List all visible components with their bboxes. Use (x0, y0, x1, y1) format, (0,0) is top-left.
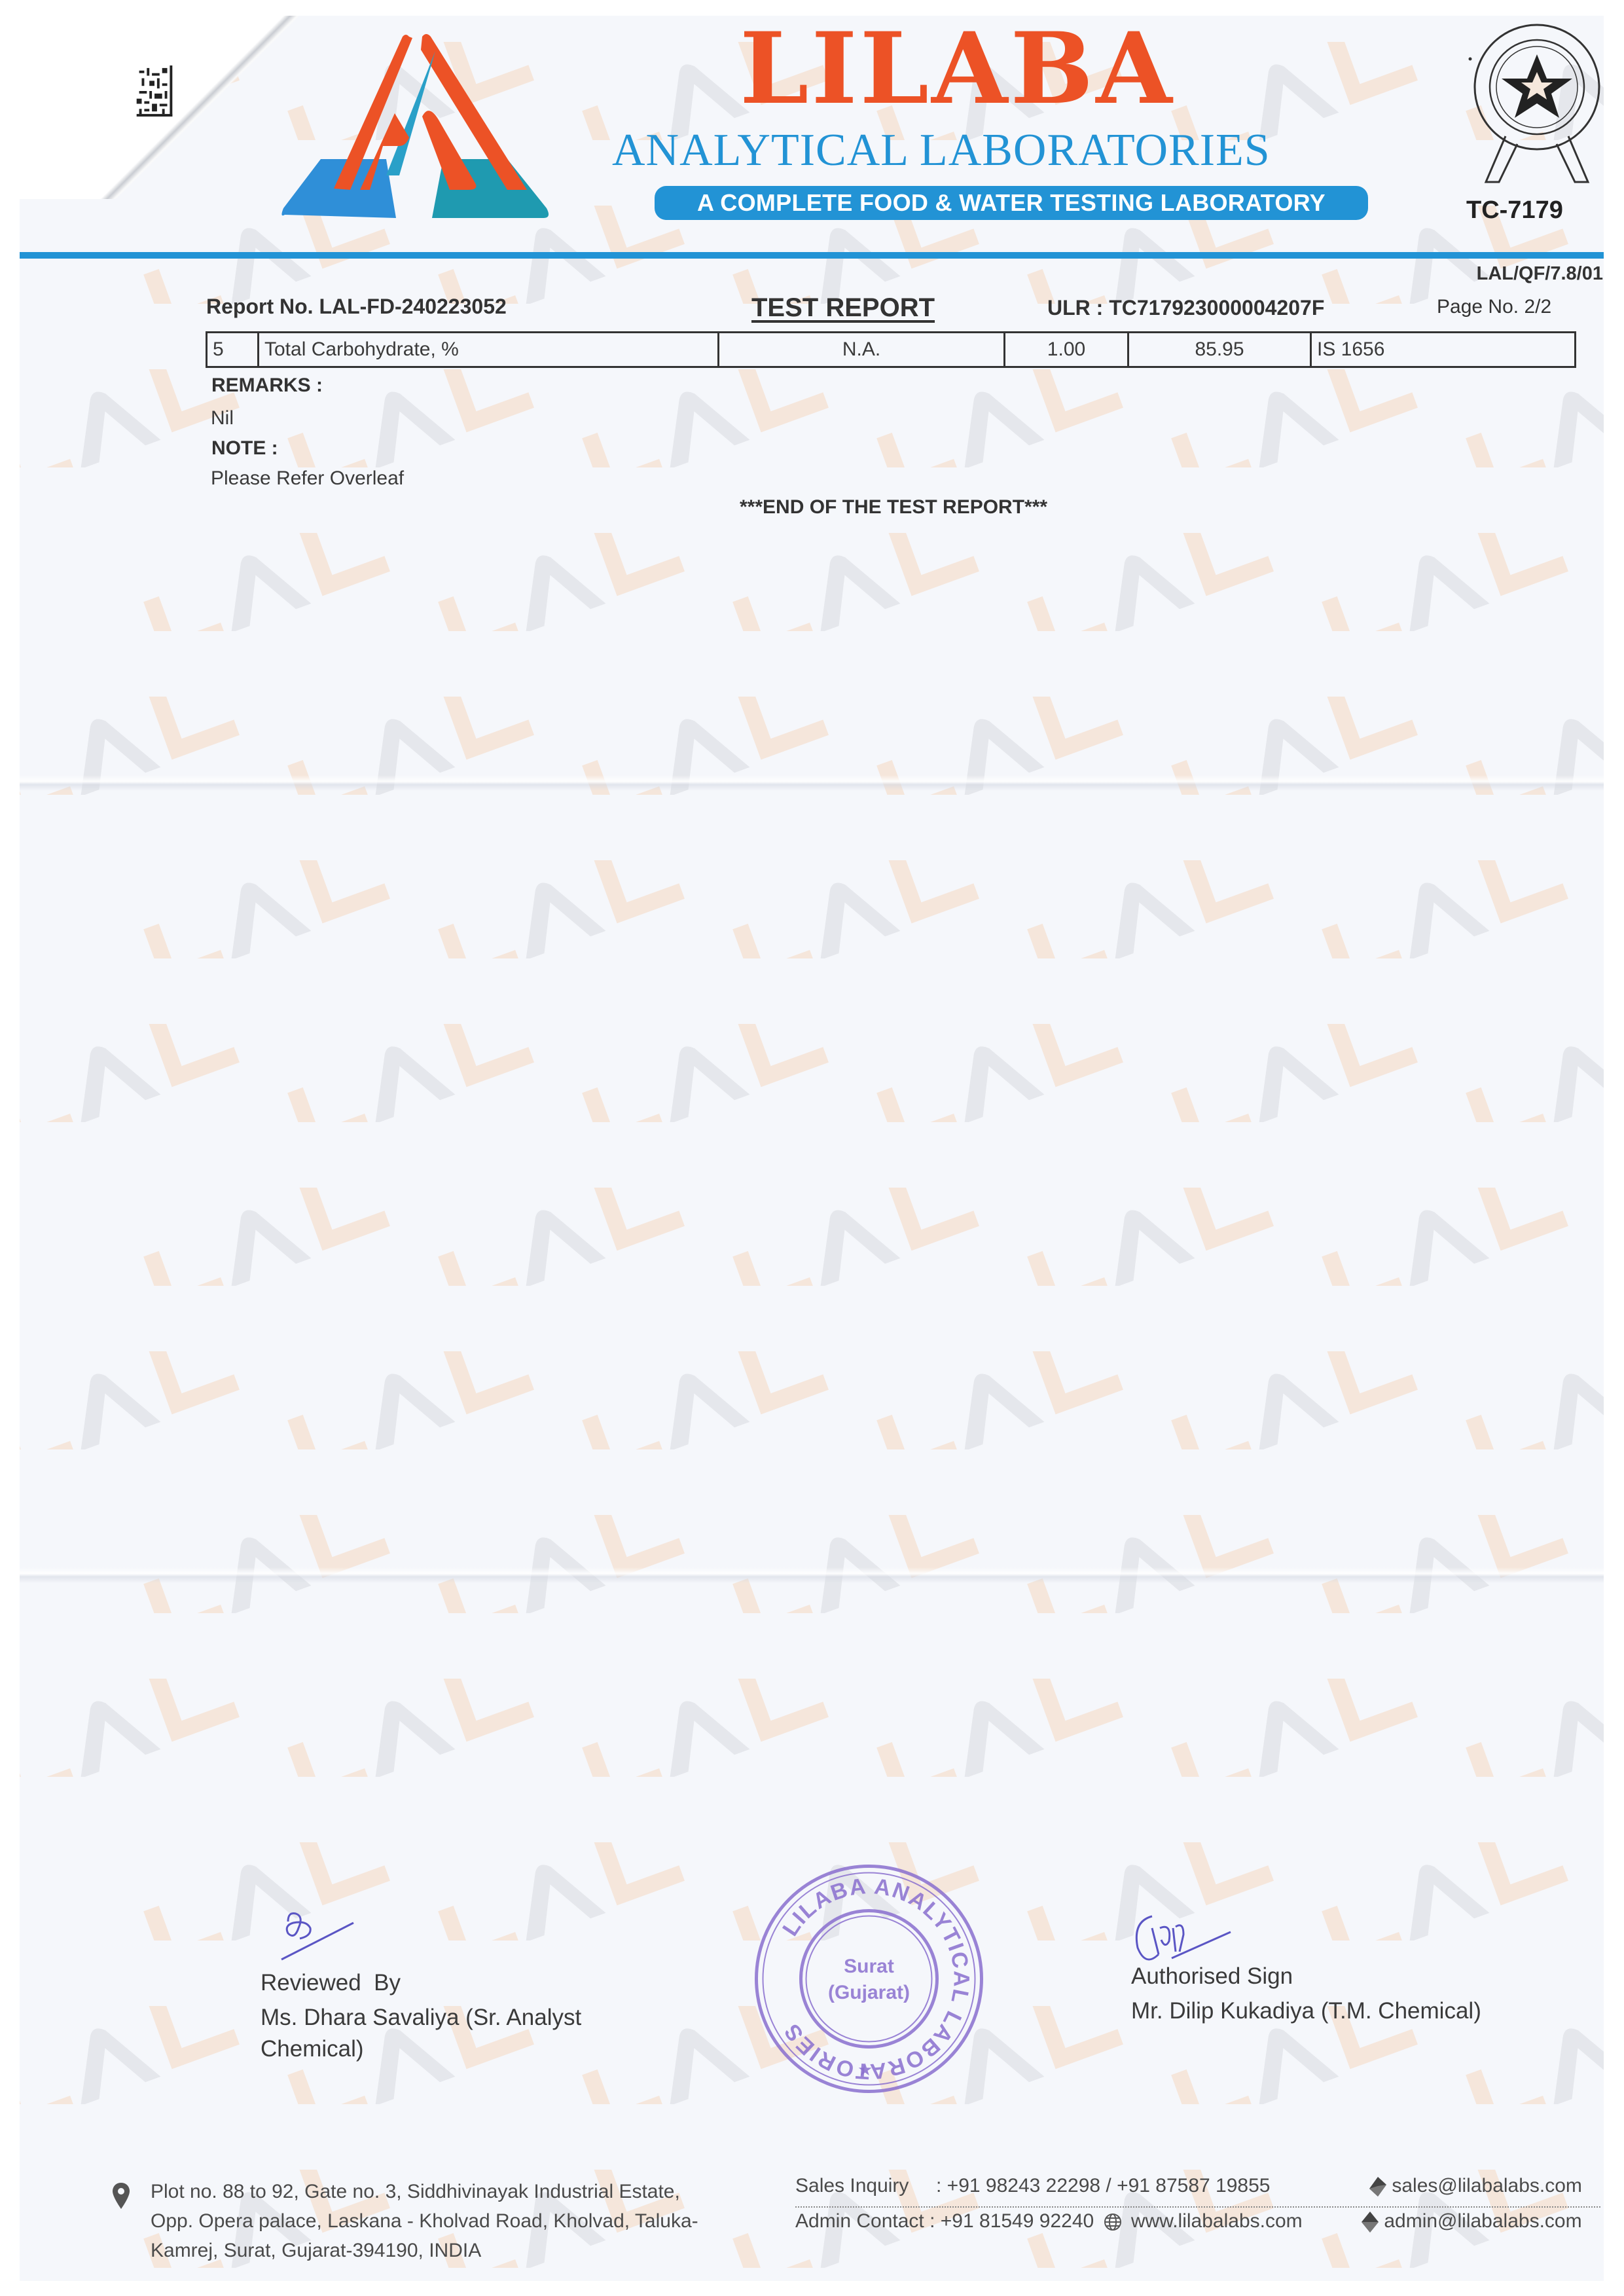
sales-email[interactable]: sales@lilabalabs.com (1392, 2175, 1582, 2196)
ulr-number: ULR : TC717923000004207F (1047, 296, 1324, 320)
lal-watermark-icon (1447, 1024, 1604, 1122)
report-number: Report No. LAL-FD-240223052 (206, 295, 507, 319)
note-label: NOTE : (211, 437, 278, 460)
lal-watermark-icon (268, 1351, 550, 1449)
page-number-label: Page No. (1437, 296, 1519, 318)
lal-watermark-icon (857, 1351, 1139, 1449)
sales-email-row: sales@lilabalabs.com (1369, 2175, 1582, 2197)
lal-watermark-icon (20, 1351, 255, 1449)
header-divider (20, 252, 1604, 259)
admin-email[interactable]: admin@lilabalabs.com (1384, 2210, 1581, 2232)
location-pin-icon (113, 2183, 130, 2209)
unit-cell: N.A. (719, 333, 1005, 367)
lal-watermark-icon (713, 1188, 995, 1286)
admin-phone: : +91 81549 92240 (929, 2210, 1094, 2232)
table-row: 5 Total Carbohydrate, % N.A. 1.00 85.95 … (207, 333, 1576, 367)
lal-watermark-icon (1008, 1842, 1290, 1941)
lal-watermark-icon (419, 1515, 700, 1613)
brand-subtitle: ANALYTICAL LABORATORIES (612, 128, 1271, 173)
lilaba-logo-icon (272, 18, 579, 228)
lal-watermark-icon (419, 1188, 700, 1286)
authoriser-block: Authorised Sign Mr. Dilip Kukadiya (T.M.… (1131, 1961, 1481, 2027)
lal-watermark-icon (268, 1679, 550, 1777)
reviewer-name: Ms. Dhara Savaliya (Sr. Analyst (261, 2002, 581, 2033)
lal-watermark-icon (857, 1679, 1139, 1777)
lal-watermark-icon (20, 2006, 255, 2104)
lal-watermark-icon (1597, 1842, 1604, 1941)
lal-watermark-icon (419, 533, 700, 631)
address-line-3: Kamrej, Surat, Gujarat-394190, INDIA (151, 2236, 753, 2265)
stamp-city: Surat (844, 1956, 894, 1977)
lal-watermark-icon (563, 1351, 844, 1449)
lal-watermark-icon (563, 1679, 844, 1777)
website-link[interactable]: www.lilabalabs.com (1131, 2210, 1303, 2232)
lal-watermark-icon (713, 533, 995, 631)
reviewer-caption: Reviewed By (261, 1967, 581, 1998)
brand-name: LILABA (740, 20, 1175, 118)
sales-phone: : +91 98243 22298 / +91 87587 19855 (936, 2175, 1270, 2196)
lal-watermark-icon (1597, 1515, 1604, 1613)
result-cell: 85.95 (1128, 333, 1311, 367)
admin-label: Admin Contact (795, 2210, 924, 2232)
lal-watermark-icon (1008, 533, 1290, 631)
lal-watermark-icon (1303, 1188, 1584, 1286)
sales-inquiry-row: Sales Inquiry: +91 98243 22298 / +91 875… (795, 2175, 1270, 2197)
method-cell: IS 1656 (1311, 333, 1576, 367)
lal-watermark-icon (1303, 860, 1584, 958)
company-stamp-icon: LILABA ANALYTICAL LABORATORIES Surat (Gu… (746, 1856, 992, 2102)
sales-label: Sales Inquiry (795, 2175, 936, 2197)
report-number-value: LAL-FD-240223052 (319, 295, 506, 318)
address-line-1: Plot no. 88 to 92, Gate no. 3, Siddhivin… (151, 2177, 753, 2206)
address-line-2: Opp. Opera palace, Laskana - Kholvad Roa… (151, 2206, 753, 2236)
paper-fold-crease (20, 1567, 1604, 1583)
lal-watermark-icon (124, 1842, 406, 1941)
ulr-label: ULR : (1047, 296, 1103, 319)
data-matrix-code-icon (136, 65, 173, 117)
globe-icon (1104, 2213, 1122, 2231)
admin-email-row: admin@lilabalabs.com (1362, 2210, 1582, 2232)
email-icon (1369, 2177, 1386, 2196)
lal-watermark-icon (124, 860, 406, 958)
lal-watermark-icon (563, 1024, 844, 1122)
sr-no-cell: 5 (207, 333, 259, 367)
parameter-cell: Total Carbohydrate, % (259, 333, 719, 367)
results-table: 5 Total Carbohydrate, % N.A. 1.00 85.95 … (206, 331, 1576, 368)
lal-watermark-icon (1152, 1351, 1434, 1449)
accreditation-code: TC-7179 (1466, 196, 1563, 225)
lal-watermark-icon (857, 1024, 1139, 1122)
report-number-label: Report No. (206, 295, 314, 318)
lal-watermark-icon (20, 1679, 255, 1777)
lal-watermark-icon (1008, 1188, 1290, 1286)
lal-watermark-icon (713, 1515, 995, 1613)
lal-watermark-icon (419, 1842, 700, 1941)
reviewer-block: Reviewed By Ms. Dhara Savaliya (Sr. Anal… (261, 1967, 581, 2064)
footer-address: Plot no. 88 to 92, Gate no. 3, Siddhivin… (151, 2177, 753, 2265)
lal-watermark-icon (563, 369, 844, 467)
authoriser-name: Mr. Dilip Kukadiya (T.M. Chemical) (1131, 1995, 1481, 2026)
page-number-value: 2/2 (1524, 296, 1551, 318)
loq-cell: 1.00 (1005, 333, 1128, 367)
stamp-ring-text: LILABA ANALYTICAL LABORATORIES (778, 1874, 973, 2084)
lal-watermark-icon (1597, 1188, 1604, 1286)
lal-watermark-icon (124, 1188, 406, 1286)
remarks-text: Nil (211, 407, 234, 429)
lal-watermark-icon (1447, 1351, 1604, 1449)
lal-watermark-icon (1303, 1515, 1584, 1613)
svg-text:LILABA ANALYTICAL LABORATORIES: LILABA ANALYTICAL LABORATORIES (778, 1874, 973, 2084)
lal-watermark-icon (857, 369, 1139, 467)
lal-watermark-icon (1152, 1679, 1434, 1777)
reviewer-designation: Chemical) (261, 2033, 581, 2064)
admin-contact-row: Admin Contact : +91 81549 92240 www.lila… (795, 2210, 1303, 2232)
stamp-star-icon: ★ (857, 2060, 873, 2079)
nabl-accreditation-seal-icon (1460, 18, 1604, 189)
lal-watermark-icon (713, 860, 995, 958)
brand-tagline: A COMPLETE FOOD & WATER TESTING LABORATO… (655, 186, 1368, 220)
report-title: TEST REPORT (751, 293, 935, 323)
lal-watermark-icon (1447, 1679, 1604, 1777)
lal-watermark-icon (1008, 1515, 1290, 1613)
lal-watermark-icon (1303, 533, 1584, 631)
page-number: Page No. 2/2 (1437, 296, 1551, 318)
ulr-value: TC717923000004207F (1109, 296, 1324, 319)
lal-watermark-icon (1303, 1842, 1584, 1941)
lal-watermark-icon (268, 1024, 550, 1122)
lal-watermark-icon (1008, 860, 1290, 958)
email-icon (1362, 2212, 1379, 2232)
end-of-report-note: ***END OF THE TEST REPORT*** (740, 496, 1047, 519)
paper-fold-crease (20, 775, 1604, 791)
lal-watermark-icon (124, 533, 406, 631)
lal-watermark-icon (124, 1515, 406, 1613)
lal-watermark-icon (1152, 369, 1434, 467)
lal-watermark-icon (1597, 2170, 1604, 2268)
lal-watermark-icon (1597, 533, 1604, 631)
lal-watermark-icon (20, 1024, 255, 1122)
stamp-state: (Gujarat) (828, 1982, 910, 2003)
remarks-label: REMARKS : (211, 374, 323, 397)
lal-watermark-icon (419, 860, 700, 958)
form-code: LAL/QF/7.8/01 (1477, 263, 1603, 285)
note-text: Please Refer Overleaf (211, 467, 404, 490)
lal-watermark-icon (1152, 1024, 1434, 1122)
footer-dotted-divider (795, 2206, 1600, 2208)
lal-watermark-icon (1597, 860, 1604, 958)
lal-watermark-icon (1447, 369, 1604, 467)
authoriser-caption: Authorised Sign (1131, 1961, 1481, 1992)
